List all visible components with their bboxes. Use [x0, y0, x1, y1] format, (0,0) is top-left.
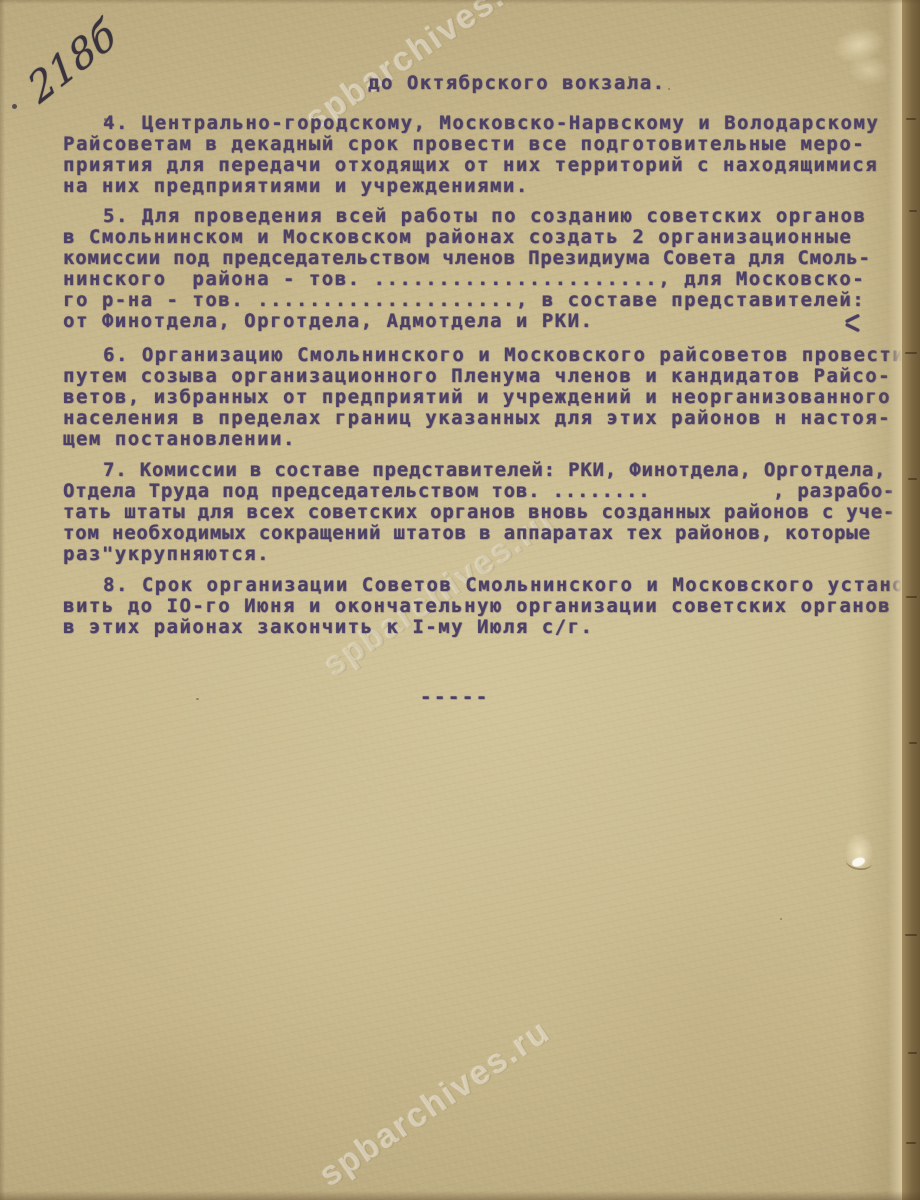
typewritten-line: 5. Для проведения всей работы по создани… — [103, 206, 866, 227]
page-edge-left — [0, 0, 5, 1200]
paper-stain — [540, 880, 860, 1160]
typewritten-line: 4. Центрально-городскому, Московско-Нарв… — [103, 113, 879, 134]
page-edge-bottom — [0, 1191, 920, 1200]
typewritten-line: го р-на - тов. ...................., в с… — [63, 290, 865, 311]
typewritten-line: Райсоветам в декадный срок провести все … — [63, 134, 865, 155]
archival-document-scan: spbarchives.ru spbarchives.ru spbarchive… — [0, 0, 920, 1200]
paper-tear-crease — [845, 852, 873, 871]
typewritten-line: в этих районах закончить к I-му Июля с/г… — [63, 617, 594, 638]
typewritten-line: на них предприятиями и учреждениями. — [63, 176, 529, 197]
ink-mark — [845, 323, 860, 332]
typewritten-line: 7. Комиссии в составе представителей: РК… — [103, 460, 886, 481]
document-header-line: до Октябрского вокзала. — [368, 73, 666, 94]
paper-scuff — [846, 52, 893, 89]
paper-tear-glint — [851, 856, 866, 868]
typewritten-line: приятия для передачи отходящих от них те… — [63, 155, 878, 176]
typewritten-line: 6. Организацию Смольнинского и Московско… — [103, 345, 905, 366]
ink-dot — [12, 104, 17, 109]
typewritten-line: комиссии под председательством членов Пр… — [63, 248, 871, 269]
handwritten-page-number: 218б — [23, 13, 123, 110]
typewritten-line: 8. Срок организации Советов Смольнинског… — [103, 575, 918, 596]
page-edge-binding — [902, 0, 920, 1200]
typewritten-line: от Финотдела, Орготдела, Адмотдела и РКИ… — [63, 311, 594, 332]
typewritten-line: щем постановлении. — [63, 429, 296, 450]
typewritten-line: ветов, избранных от предприятий и учрежд… — [63, 387, 891, 408]
page-edge-top — [0, 0, 920, 4]
paper-stain — [120, 740, 500, 1040]
paper-scuff — [829, 22, 888, 68]
typewritten-line: вить до IO-го Июня и окончательную орган… — [63, 596, 891, 617]
typewritten-line: населения в пределах границ указанных дл… — [63, 408, 891, 429]
typewritten-line: тать штаты для всех советских органов вн… — [63, 502, 895, 523]
typewritten-line: нинского района - тов. .................… — [63, 269, 865, 290]
archive-watermark: spbarchives.ru — [314, 1013, 557, 1192]
paper-tear — [840, 826, 878, 878]
typewritten-line: Отдела Труда под председательством тов. … — [63, 481, 895, 502]
divider-dashes: ----- — [420, 687, 490, 708]
paper-stain — [40, 1000, 300, 1200]
ink-mark — [845, 314, 860, 323]
typewritten-line: в Смольнинском и Московском районах созд… — [63, 227, 852, 248]
typewritten-line: путем созыва организационного Пленума чл… — [63, 366, 891, 387]
typewritten-line: раз"укрупняются. — [63, 544, 270, 565]
typewritten-line: том необходимых сокращений штатов в аппа… — [63, 523, 871, 544]
